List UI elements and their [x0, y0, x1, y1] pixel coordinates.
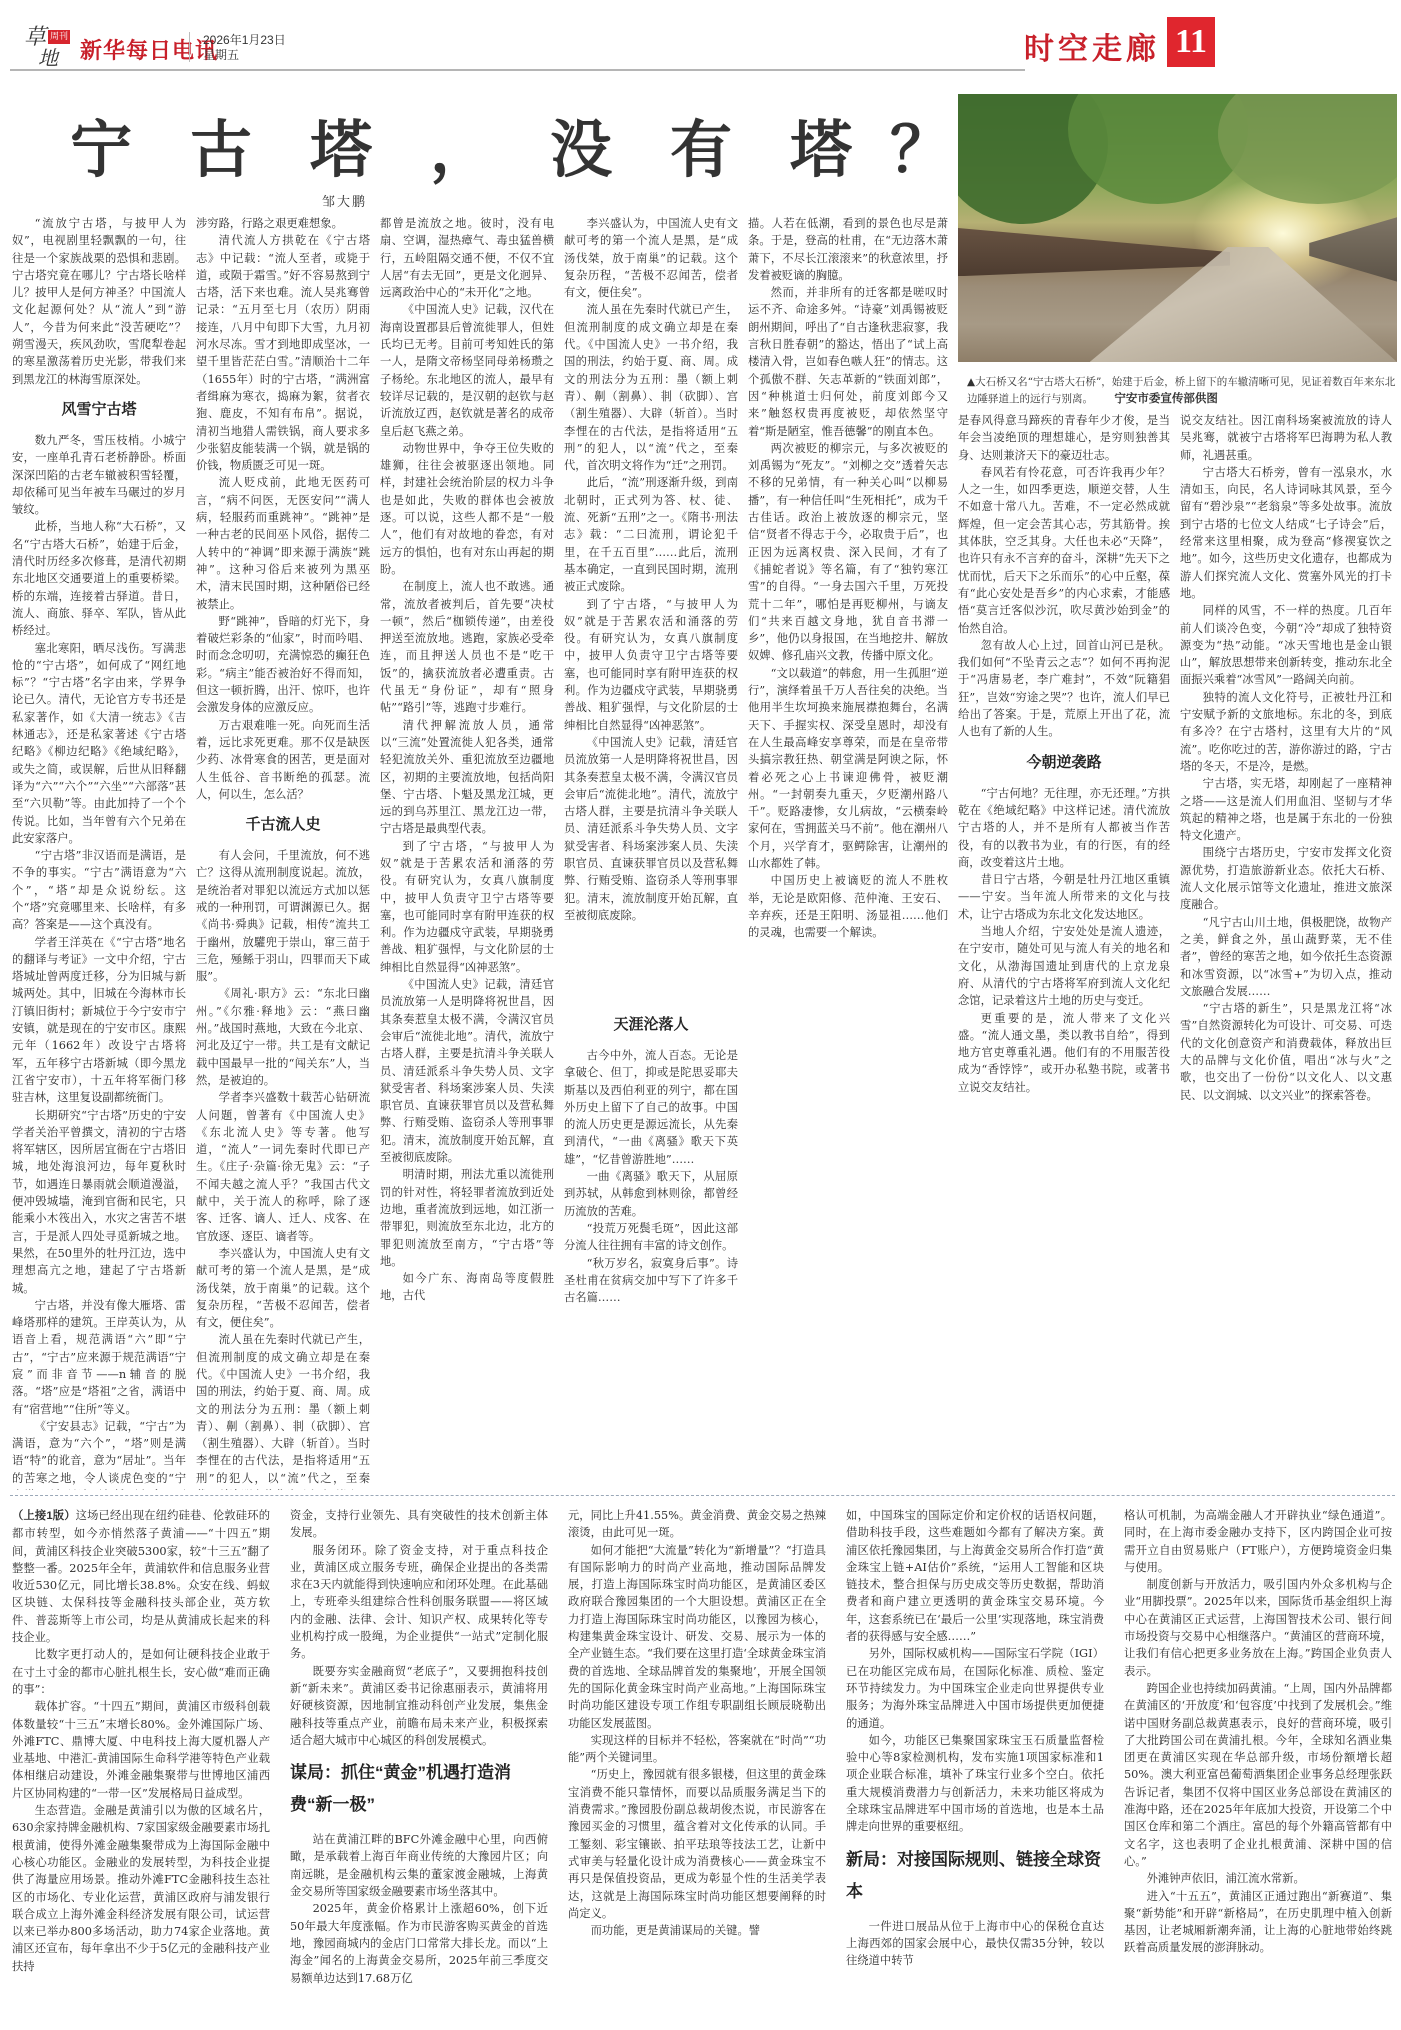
paragraph: 学者李兴盛数十载苦心钻研流人问题，曾著有《中国流人史》《东北流人史》等专著。他写… — [196, 1089, 370, 1245]
paragraph: “历史上，豫园就有很多银楼，但这里的黄金珠宝消费不能只靠情怀，而要以品质服务满足… — [568, 1766, 826, 1922]
headline-char: 塔 — [790, 100, 852, 189]
article-column-7: 说交友结社。因江南科场案被流放的诗人吴兆骞，就被宁古塔将军巴海聘为私人教师，礼遇… — [1180, 412, 1392, 1490]
paragraph: 生态营造。金融是黄浦引以为傲的区域名片，630余家持牌金融机构、7家国家级金融要… — [12, 1802, 270, 1975]
article-column-5: 描。人若在低潮，看到的景色也尽是萧条。于是，登高的杜甫，在“无边落木萧萧下，不尽… — [748, 215, 948, 1490]
paragraph: 数九严冬，雪压枝梢。小城宁安，一座单孔青石老桥静卧。桥面深深凹陷的古老车辙被积雪… — [12, 432, 186, 518]
paragraph: 宁古塔，实无塔，却刚起了一座精神之塔——这是流人们用血泪、坚韧与才华筑起的精神之… — [1180, 775, 1392, 844]
subhead-mouju: 谋局：抓住“黄金”机遇打造消费“新一极” — [290, 1757, 548, 1821]
paragraph: 比数字更打动人的，是如何让硬科技企业敢于在寸土寸金的都市心脏扎根生长，安心做“难… — [12, 1646, 270, 1698]
issue-weekday: 星期五 — [203, 48, 286, 63]
continuation-column-5: 格认可机制，为高端金融人才开辟执业“绿色通道”。同时，在上海市委金融办支持下，区… — [1124, 1507, 1392, 2022]
paragraph: 长期研究“宁古塔”历史的宁安学者关治平曾撰文，清初的宁古塔将军辖区，因所居宜衙在… — [12, 1107, 186, 1297]
caodi-logo-bottom: 地 — [38, 42, 58, 71]
paragraph: 服务闭环。除了资金支持，对于重点科技企业，黄浦区成立服务专班，确保企业提出的各类… — [290, 1542, 548, 1663]
paragraph: 一曲《离骚》歌天下，从屈原到苏轼，从韩愈到林则徐，都曾经历流放的苦难。 — [564, 1168, 738, 1220]
paragraph: 清代押解流放人员，通常以“三流”处置流徙人犯各类，通常轻犯流放关外、重犯流放至边… — [380, 717, 554, 838]
bridge-photo — [958, 94, 1397, 362]
paragraph: 说交友结社。因江南科场案被流放的诗人吴兆骞，就被宁古塔将军巴海聘为私人教师，礼遇… — [1180, 412, 1392, 464]
paragraph: 格认可机制，为高端金融人才开辟执业“绿色通道”。同时，在上海市委金融办支持下，区… — [1124, 1507, 1392, 1576]
paragraph: 站在黄浦江畔的BFC外滩金融中心里，向西俯瞰，是承载着上海百年商业传统的大豫园片… — [290, 1831, 548, 1900]
paragraph: 流人虽在先秦时代就已产生，但流刑制度的成文确立却是在秦代。《中国流人史》一书介绍… — [564, 301, 738, 474]
paragraph: 实现这样的目标并不轻松，答案就在“时尚”“功能”两个关键词里。 — [568, 1732, 826, 1767]
paragraph: 李兴盛认为，中国流人史有文献可考的第一个流人是黑，是“成汤伐桀，放于南巢”的记载… — [564, 215, 738, 301]
paragraph: “流放宁古塔，与披甲人为奴”，电视剧里轻飘飘的一句，往往是一个家族战栗的恐惧和悲… — [12, 215, 186, 388]
paragraph: 如今广东、海南岛等度假胜地，古代 — [380, 1270, 554, 1305]
paragraph: 是春风得意马蹄疾的青春年少才俊，是当年会当凌绝顶的理想雄心，是穷则独善其身、达则… — [958, 412, 1170, 464]
paragraph: 《周礼·职方》云：“东北曰幽州。”《尔雅·释地》云：“燕曰幽州。”战国时燕地，大… — [196, 985, 370, 1089]
subhead-qiangu: 千古流人史 — [196, 815, 370, 835]
weekly-badge: 周刊 — [48, 30, 70, 44]
paragraph: 既要夯实金融商贸“老底子”，又要拥抱科技创新“新未来”。黄浦区委书记徐惠丽表示，… — [290, 1663, 548, 1749]
paragraph: 流人贬戍前，此地无医药可言，“病不问医，无医安问”“满人病，轻服药而重跳神”。“… — [196, 474, 370, 612]
headline-char: 没 — [550, 100, 612, 189]
paragraph: （上接1版）这场已经出现在纽约硅巷、伦敦硅环的都市转型，如今亦悄然落子黄浦——“… — [12, 1507, 270, 1646]
subhead-fengxue: 风雪宁古塔 — [12, 400, 186, 420]
paragraph: 《中国流人史》记载，清廷官员流放第一人是明降将祝世昌，因其条奏惹皇太极不满，令满… — [380, 976, 554, 1166]
issue-date-block: 2026年1月23日 星期五 — [203, 33, 286, 63]
paragraph: “投荒万死鬓毛斑”，因此这部分流人往往拥有丰富的诗文创作。 — [564, 1220, 738, 1255]
paragraph: 独特的流人文化符号，正被牡丹江和宁安赋予新的文旅地标。东北的冬，到底有多冷？在宁… — [1180, 689, 1392, 775]
paragraph: 而功能，更是黄浦谋局的关键。譬 — [568, 1922, 826, 1939]
paragraph: 宁古塔大石桥旁，曾有一泓泉水，水清如玉，向民，名人诗词咏其风景，至今留有“碧沙泉… — [1180, 464, 1392, 602]
paragraph: “宁古塔”非汉语而是满语，是不争的事实。“宁古”满语意为“六个”，“塔”却是众说… — [12, 847, 186, 933]
masthead-rule — [10, 69, 1025, 71]
paragraph: 此后，“流”刑逐渐升级，到南北朝时，正式列为答、杖、徒、流、死新“五刑”之一。《… — [564, 474, 738, 595]
article-column-2: 涉穷路，行路之艰更难想象。 清代流人方拱乾在《宁古塔志》中记载：“流人至者，或毙… — [196, 215, 370, 1490]
paragraph: 制度创新与开放活力，吸引国内外众多机构与企业“用脚投票”。2025年以来，国际货… — [1124, 1576, 1392, 1680]
paragraph: 学者王洋英在《“宁古塔”地名的翻译与考证》一文中介绍，宁古塔城址曾两度迁移，分为… — [12, 934, 186, 1107]
paragraph: “宁古何地？无往理，亦无还理。”方拱乾在《绝域纪略》中这样记述。清代流放宁古塔的… — [958, 785, 1170, 871]
paragraph: 资金，支持行业领先、具有突破性的技术创新主体发展。 — [290, 1507, 548, 1542]
paragraph: 李兴盛认为，中国流人史有文献可考的第一个流人是黑，是“成汤伐桀，放于南巢”的记载… — [196, 1245, 370, 1331]
bridge-railing-left — [958, 223, 1230, 277]
headline-char: ？ — [890, 100, 952, 189]
paragraph: 《宁安县志》记载，“宁古”为满语，意为“六个”，“塔”则是满语“特”的讹音，意为… — [12, 1418, 186, 1490]
paragraph: 流人虽在先秦时代就已产生，但流刑制度的成文确立却是在秦代。《中国流人史》一书介绍… — [196, 1331, 370, 1490]
subhead-xinju: 新局：对接国际规则、链接全球资本 — [846, 1844, 1104, 1908]
subhead-jinzhao: 今朝逆袭路 — [958, 753, 1170, 773]
paragraph: 两次被贬的柳宗元，与多次被贬的刘禹锡为“死友”。“刘柳之交”透着矢志不移的兄弟情… — [748, 440, 948, 665]
paragraph: 有人会问，千里流放，何不逃亡？这得从流刑制度说起。流放，是统治者对罪犯以流远方式… — [196, 847, 370, 985]
paragraph: 2025年，黄金价格累计上涨超60%，创下近50年最大年度涨幅。作为市民游客购买… — [290, 1900, 548, 1986]
photo-credit: 宁安市委宣传部供图 — [1114, 393, 1218, 405]
paragraph: “文以载道”的韩愈，用一生孤胆“逆行”，演绎着虽千万人吾往矣的决绝。当他用半生坎… — [748, 665, 948, 873]
paragraph: 进入“十五五”，黄浦区正通过跑出“新赛道”、集聚“新势能”和开辟“新格局”，在历… — [1124, 1888, 1392, 1957]
paragraph: 元，同比上升41.55%。黄金消费、黄金交易之热辣滚烫，由此可见一斑。 — [568, 1507, 826, 1542]
paragraph: 如，中国珠宝的国际定价和定价权的话语权问题，借助科技手段，这些难题如今都有了解决… — [846, 1507, 1104, 1645]
bridge-railing-right — [1309, 217, 1397, 281]
continuation-column-3: 元，同比上升41.55%。黄金消费、黄金交易之热辣滚烫，由此可见一斑。 如何才能… — [568, 1507, 826, 2022]
paragraph: 一件进口展品从位于上海市中心的保税仓直达上海西郊的国家会展中心，最快仅需35分钟… — [846, 1918, 1104, 1970]
article-column-6: 是春风得意马蹄疾的青春年少才俊，是当年会当凌绝顶的理想雄心，是穷则独善其身、达则… — [958, 412, 1170, 1490]
headline-char: ， — [430, 100, 492, 189]
paragraph: 塞北寒阳，晒尽浅伤。写满悲怆的“宁古塔”，如何成了“网红地标”？“宁古塔”名字由… — [12, 640, 186, 848]
article-column-3: 都曾是流放之地。彼时，没有电扇、空调，湿热瘴气、毒虫猛兽横行，五岭阻隔交通不便，… — [380, 215, 554, 1490]
paragraph: 描。人若在低潮，看到的景色也尽是萧条。于是，登高的杜甫，在“无边落木萧萧下，不尽… — [748, 215, 948, 284]
page-number: 11 — [1167, 17, 1215, 67]
paragraph: 到了宁古塔，“与披甲人为奴”就是于苦累农活和涌落的劳役。有研究认为，女真八旗制度… — [380, 838, 554, 976]
paragraph: “宁古塔的新生”，只是黑龙江将“冰雪”自然资源转化为可设计、可交易、可迭代的文化… — [1180, 1000, 1392, 1104]
paragraph: 载体扩容。“十四五”期间，黄浦区市级科创载体数量较“十三五”末增长80%。金外滩… — [12, 1698, 270, 1802]
photo-caption: ▲大石桥又名“宁古塔大石桥”，始建于后金，桥上留下的车辙清晰可见，见证着数百年来… — [967, 374, 1397, 408]
paragraph: 此桥，当地人称“大石桥”，又名“宁古塔大石桥”，始建于后金，清代时历经多次修葺，… — [12, 518, 186, 639]
issue-date: 2026年1月23日 — [203, 33, 286, 48]
paragraph: 如今，功能区已集聚国家珠宝玉石质量监督检验中心等8家检测机构，发布实施1项国家标… — [846, 1732, 1104, 1836]
paragraph: 《中国流人史》记载，汉代在海南设置郡县后曾流徙罪人，但姓氏均已无考。目前可考知姓… — [380, 301, 554, 439]
paragraph: 更重要的是，流人带来了文化兴盛。“流人通文墨，类以教书自给”，得到地方官吏尊重礼… — [958, 1010, 1170, 1096]
headline-char: 宁 — [70, 100, 132, 189]
article-column-1: “流放宁古塔，与披甲人为奴”，电视剧里轻飘飘的一句，往往是一个家族战栗的恐惧和悲… — [12, 215, 186, 1490]
paragraph: 古今中外，流人百态。无论是拿破仑、但丁，抑或是陀思妥耶夫斯基以及西伯利亚的列宁，… — [564, 1047, 738, 1168]
headline-char: 古 — [190, 100, 252, 189]
paragraph: 然而，并非所有的迁客都是嗟叹时运不齐、命途多舛。“诗豪”刘禹锡被贬朗州期间，呼出… — [748, 284, 948, 440]
paragraph: 昔日宁古塔，今朝是牡丹江地区重镇——宁安。当年流人所带来的文化与技术，让宁古塔成… — [958, 871, 1170, 923]
paragraph: 在制度上，流人也不敢逃。通常，流放者被判后，首先要“决杖一顿”，然后“枷锁传递”… — [380, 578, 554, 716]
paragraph: 野“跳神”，昏暗的灯光下，身着破烂彩条的“仙家”，时而吟唱、时而念念叨叨，充满惊… — [196, 613, 370, 717]
paragraph: 《中国流人史》记载，清廷官员流放第一人是明降将祝世昌，因其条奏惹皇太极不满，令满… — [564, 734, 738, 924]
article-column-4-upper: 李兴盛认为，中国流人史有文献可考的第一个流人是黑，是“成汤伐桀，放于南巢”的记载… — [564, 215, 738, 1010]
tree-canopy-icon — [1218, 94, 1397, 204]
continued-from-tag: （上接1版） — [12, 1510, 76, 1522]
masthead-divider — [189, 32, 190, 62]
paragraph: 外滩钟声依旧，浦江流水常新。 — [1124, 1870, 1392, 1887]
paper-name-logo: 新华每日电讯 — [80, 34, 218, 65]
paragraph: “凡宁古山川土地，俱极肥饶，故物产之美，鲜食之外，虽山蔬野菜，无不佳者”，曾经的… — [1180, 914, 1392, 1000]
paragraph: 另外，国际权威机构——国际宝石学院（IGI）已在功能区完成布局，在国际化标准、质… — [846, 1645, 1104, 1731]
continuation-column-1: （上接1版）这场已经出现在纽约硅巷、伦敦硅环的都市转型，如今亦悄然落子黄浦——“… — [12, 1507, 270, 2022]
paragraph: “秋万岁名，寂寞身后事”。诗圣杜甫在贫病交加中写下了许多千古名篇…… — [564, 1255, 738, 1307]
headline-char: 有 — [670, 100, 732, 189]
subhead-tianya: 天涯沦落人 — [564, 1015, 738, 1035]
paragraph: 跨国企业也持续加码黄浦。“上周，国内外品牌都在黄浦区的‘开放度’和‘包容度’中找… — [1124, 1680, 1392, 1870]
paragraph: 当地人介绍，宁安处处是流人遗迹，在宁安市，随处可见与流人有关的地名和文化，从渤海… — [958, 923, 1170, 1009]
paragraph: 清代流人方拱乾在《宁古塔志》中记载：“流人至者，或毙于道，或陨于霜雪。”好不容易… — [196, 232, 370, 474]
paragraph: 忽有故人心上过，回首山河已是秋。我们如何“不坠青云之志”？如何不再拘泥于“冯唐易… — [958, 637, 1170, 741]
paragraph: 如何才能把“大流量”转化为“新增量”？“打造具有国际影响力的时尚产业高地，推动国… — [568, 1542, 826, 1732]
paragraph: 动物世界中，争夺王位失败的雄狮，往往会被驱逐出领地。同样，封建社会统治阶层的权力… — [380, 440, 554, 578]
section-separator — [10, 1495, 1395, 1496]
paragraph: 春风若有怜花意，可否许我再少年？人之一生，如四季更迭，顺逆交替，人生不如意十常八… — [958, 464, 1170, 637]
paragraph: 涉穷路，行路之艰更难想象。 — [196, 215, 370, 232]
paragraph: 中国历史上被谪贬的流人不胜枚举，无论是欧阳修、范仲淹、王安石、辛弃疾，还是王阳明… — [748, 872, 948, 941]
paragraph: 宁古塔，并没有像大雁塔、雷峰塔那样的建筑。王岸英认为，从语音上看，规范满语“六”… — [12, 1297, 186, 1418]
paragraph: 都曾是流放之地。彼时，没有电扇、空调，湿热瘴气、毒虫猛兽横行，五岭阻隔交通不便，… — [380, 215, 554, 301]
paragraph: 围绕宁古塔历史，宁安市发挥文化资源优势，打造旅游新业态。依托大石桥、流人文化展示… — [1180, 844, 1392, 913]
paragraph: 万古艰难唯一死。向死而生活着，远比求死更难。那不仅是缺医少药、冰骨寒食的困苦，更… — [196, 717, 370, 803]
continuation-column-2: 资金，支持行业领先、具有突破性的技术创新主体发展。 服务闭环。除了资金支持，对于… — [290, 1507, 548, 2022]
byline: 邹大鹏 — [322, 191, 367, 210]
masthead: 草 地 周刊 新华每日电讯 2026年1月23日 星期五 时空走廊 11 — [0, 0, 1401, 72]
paragraph: 明清时期，刑法尤重以流徙刑罚的针对性，将轻罪者流放到近处边地，重者流放到远地，如… — [380, 1166, 554, 1270]
paragraph-text: 这场已经出现在纽约硅巷、伦敦硅环的都市转型，如今亦悄然落子黄浦——“十四五”期间… — [12, 1509, 270, 1644]
section-title: 时空走廊 — [1024, 24, 1160, 68]
paragraph: 到了宁古塔，“与披甲人为奴”就是于苦累农活和涌落的劳役。有研究认为，女真八旗制度… — [564, 596, 738, 734]
continuation-column-4: 如，中国珠宝的国际定价和定价权的话语权问题，借助科技手段，这些难题如今都有了解决… — [846, 1507, 1104, 2022]
headline-char: 塔 — [310, 100, 372, 189]
paragraph: 同样的风雪，不一样的热度。几百年前人们谈冷色变，今朝“冷”却成了独特资源变为“热… — [1180, 602, 1392, 688]
